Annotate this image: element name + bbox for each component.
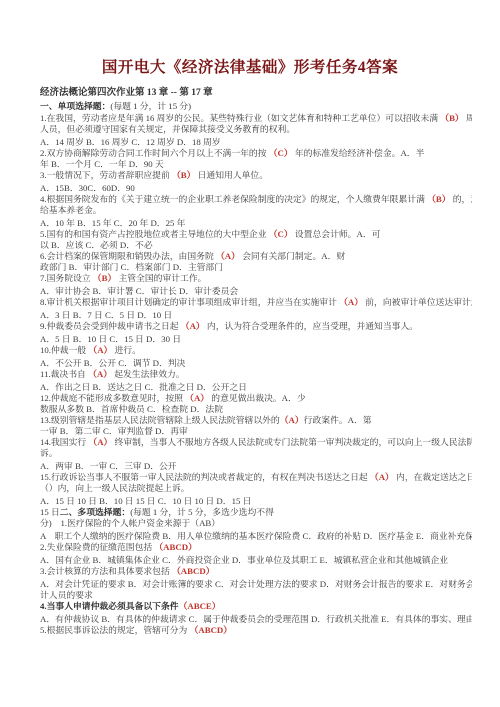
text-segment: 的意见做出裁决。A．少 [209, 393, 306, 403]
text-segment: 13.级别管辖是指基层人民法院管辖除上级人民法院管辖以外的 [40, 415, 280, 425]
answer-key: （A） [88, 369, 112, 379]
answer-key: （A） [280, 415, 304, 425]
continuation-line: 计人员的要求 [40, 590, 472, 601]
continuation-line: 政部门 B．审计部门 C．档案部门 D．主管部门 [40, 262, 472, 273]
text-segment: 的，退休后按月发 [451, 194, 472, 204]
options-line: A．14 周岁 B．16 周岁 C．12 周岁 D．18 周岁 [40, 137, 472, 148]
question-line: 7.国务院设立 （B） 主管全国的审计工作。 [40, 273, 472, 284]
options-line: A．有仲裁协议 B．有具体的仲裁请求 C．属于仲裁委员会的受理范围 D．行政机关… [40, 614, 472, 625]
text-segment: 以 B．应该 C．必须 D．不必 [40, 240, 153, 250]
options-line: A．15B．30C．60D．90 [40, 183, 472, 194]
question-line: 1.在我国，劳动者应是年满 16 周岁的公民。某些特殊行业（如文艺体育和特种工艺… [40, 113, 472, 124]
question-line: 2.双方协商解除劳动合同工作时间六个月以上不满一年的按 （C） 年的标准发给经济… [40, 148, 472, 159]
text-segment: 3.一般情况下，劳动者辞职应提前 [40, 170, 172, 180]
question-line: 2.失业保险费的征缴范围包括 （ABCD） [40, 542, 472, 553]
text-segment: 15.行政诉讼当事人不服第一审人民法院的判决或者裁定的，有权在判决书送达之日起 [40, 472, 370, 482]
text-segment: 分) 1.医疗保险的个人帐户资金来源于（AB） [40, 518, 220, 528]
text-segment: 11.裁决书自 [40, 369, 88, 379]
text-segment: 给基本养老金。 [40, 205, 102, 215]
question-line: 6.会计档案的保管期限和销毁办法，由国务院 （A） 会同有关部门制定。A．财 [40, 251, 472, 262]
question-line: 15 日二、多项选择题：(每题 1 分，计 5 分，多选少选均不得 [40, 507, 472, 518]
answer-key: （A） [370, 472, 394, 482]
question-line: 3.会计核算的方法和具体要求包括 （ABCD） [40, 566, 472, 577]
options-line: A．10 年 B．15 年 C．20 年 D．25 年 [40, 218, 472, 229]
question-line: 9.仲裁委员会受到仲裁申请书之日起 （A） 内，认为符合受理条件的，应当受理，并… [40, 321, 472, 332]
options-line: A 职工个人缴纳的医疗保险费 B．用人单位缴纳的基本医疗保险费 C．政府的补贴 … [40, 531, 472, 542]
text-segment: 年 B．一个月 C．一年 D．90 天 [40, 159, 164, 169]
question-line: 10.仲裁一般 （A） 进行。 [40, 345, 472, 356]
text-segment: A 职工个人缴纳的医疗保险费 B．用人单位缴纳的基本医疗保险费 C．政府的补贴 … [40, 531, 472, 541]
text-segment: 诉。 [40, 448, 58, 458]
text-segment: 3.会计核算的方法和具体要求包括 [40, 566, 172, 576]
question-line: 11.裁决书自 （A） 起发生法律效力。 [40, 369, 472, 380]
text-segment: 1.在我国，劳动者应是年满 16 周岁的公民。某些特殊行业（如文艺体育和特种工艺… [40, 113, 440, 123]
answer-key: （A） [88, 345, 112, 355]
text-segment: 一审 B．第二审 C．审判监督 D．再审 [40, 426, 188, 436]
text-segment: 一、单项选择题： [40, 101, 110, 111]
text-segment: 9.仲裁委员会受到仲裁申请书之日起 [40, 321, 181, 331]
text-segment: 5.国有的和国有资产占控股地位或者主导地位的大中型企业 [40, 229, 269, 239]
text-segment: 二、多项选择题： [60, 507, 130, 517]
text-segment: （）内，向上一级人民法院提起上诉。 [40, 483, 190, 493]
text-segment: 人员，但必须遵守国家有关规定，并保障其接受义务教育的权利。 [40, 124, 295, 134]
text-segment: 6.会计档案的保管期限和销毁办法，由国务院 [40, 251, 216, 261]
continuation-line: （）内，向上一级人民法院提起上诉。 [40, 483, 472, 494]
continuation-line: 年 B．一个月 C．一年 D．90 天 [40, 159, 472, 170]
answer-key: （ABCE） [179, 601, 221, 611]
text-segment: A．国有企业 B．城镇集体企业 C．外商投资企业 D．事业单位及其职工 E．城镇… [40, 555, 448, 565]
text-segment: A．5 日 B．10 日 C．15 日 D．30 日 [40, 334, 181, 344]
page-title: 国开电大《经济法律基础》形考任务4答案 [0, 0, 500, 77]
text-segment: 日通知用人单位。 [195, 170, 268, 180]
continuation-line: 一审 B．第二审 C．审判监督 D．再审 [40, 426, 472, 437]
question-line: 14.我国实行 （A） 终审制，当事人不服地方各级人民法院或专门法院第一审判决裁… [40, 437, 472, 448]
text-segment: 计人员的要求 [40, 590, 93, 600]
text-segment: 2.双方协商解除劳动合同工作时间六个月以上不满一年的按 [40, 148, 269, 158]
options-line: A．3 日 B．7 日 C．5 日 D．10 日 [40, 310, 472, 321]
options-line: A．作出之日 B．送达之日 C．批准之日 D．公开之日 [40, 382, 472, 393]
text-segment: 14.我国实行 [40, 437, 88, 447]
options-line: A．5 日 B．10 日 C．15 日 D．30 日 [40, 334, 472, 345]
answer-key: （A） [88, 437, 112, 447]
question-line: 4.根据国务院发布的《关于建立统一的企业职工养老保险制度的决定》的规定，个人缴费… [40, 194, 472, 205]
text-segment: A．有仲裁协议 B．有具体的仲裁请求 C．属于仲裁委员会的受理范围 D．行政机关… [40, 614, 472, 624]
text-segment: 终审制，当事人不服地方各级人民法院或专门法院第一审判决裁定的，可以向上一级人民法… [112, 437, 472, 447]
text-segment: A．10 年 B．15 年 C．20 年 D．25 年 [40, 218, 185, 228]
answer-key: （B） [93, 273, 116, 283]
text-segment: 7.国务院设立 [40, 273, 93, 283]
question-line: 3.一般情况下，劳动者辞职应提前 （B） 日通知用人单位。 [40, 170, 472, 181]
document-page: 国开电大《经济法律基础》形考任务4答案 经济法概论第四次作业第 13 章 -- … [0, 0, 500, 707]
continuation-line: 给基本养老金。 [40, 205, 472, 216]
answer-key: （ABCD） [154, 542, 197, 552]
answer-key: （A） [181, 321, 205, 331]
continuation-line: 诉。 [40, 448, 472, 459]
text-segment: 年的标准发给经济补偿金。A．半 [293, 148, 425, 158]
answer-key: （ABCD） [190, 625, 233, 635]
options-line: A．两审 B．一审 C．三审 D．公开 [40, 461, 472, 472]
answer-key: （C） [269, 229, 293, 239]
text-segment: 前，向被审计单位送达审计通知书。 [363, 297, 472, 307]
answer-key: （A） [185, 393, 209, 403]
text-segment: 8.审计机关根据审计项目计划确定的审计事项组成审计组，并应当在实施审计 [40, 297, 339, 307]
text-segment: A．15B．30C．60D．90 [40, 183, 135, 193]
text-segment: 2.失业保险费的征缴范围包括 [40, 542, 154, 552]
text-segment: 4.当事人申请仲裁必须具备以下条件 [40, 601, 179, 611]
text-segment: 内，在裁定送达之日起 [394, 472, 472, 482]
text-segment: 周岁的 [464, 113, 472, 123]
text-segment: 设置总会计师。A．可 [293, 229, 381, 239]
text-segment: 12.仲裁庭不能形成多数意见时，按照 [40, 393, 185, 403]
text-segment: (每题 1 分，计 15 分) [110, 101, 191, 111]
text-segment: 主管全国的审计工作。 [116, 273, 206, 283]
answer-key: （C） [269, 148, 293, 158]
text-segment: 政部门 B．审计部门 C．档案部门 D．主管部门 [40, 262, 223, 272]
continuation-line: 数服从多数 B．首席仲裁员 C．检查院 D．法院 [40, 404, 472, 415]
text-segment: A．两审 B．一审 C．三审 D．公开 [40, 461, 177, 471]
text-segment: 15 日 [40, 507, 60, 517]
question-line: 4.当事人申请仲裁必须具备以下条件（ABCE） [40, 601, 472, 612]
question-line: 8.审计机关根据审计项目计划确定的审计事项组成审计组，并应当在实施审计 （A） … [40, 297, 472, 308]
answer-key: （A） [216, 251, 240, 261]
options-line: A．审计协会 B．审计署 C．审计长 D．审计委员会 [40, 286, 472, 297]
continuation-line: 人员，但必须遵守国家有关规定，并保障其接受义务教育的权利。 [40, 124, 472, 135]
text-segment: 进行。 [112, 345, 141, 355]
document-body: 一、单项选择题：(每题 1 分，计 15 分)1.在我国，劳动者应是年满 16 … [40, 101, 472, 636]
answer-key: （ABCD） [172, 566, 215, 576]
continuation-line: 分) 1.医疗保险的个人帐户资金来源于（AB） [40, 518, 472, 529]
options-line: A．对会计凭证的要求 B．对会计账簿的要求 C．对会计处理方法的要求 D．对财务… [40, 579, 472, 590]
text-segment: 数服从多数 B．首席仲裁员 C．检查院 D．法院 [40, 404, 223, 414]
options-line: A．国有企业 B．城镇集体企业 C．外商投资企业 D．事业单位及其职工 E．城镇… [40, 555, 472, 566]
continuation-line: 以 B．应该 C．必须 D．不必 [40, 240, 472, 251]
options-line: A．15 日 10 日 B．10 日 15 日 C．10 日 10 日 D．15… [40, 496, 472, 507]
question-line: 5.根据民事诉讼法的规定，管辖可分为 （ABCD） [40, 625, 472, 636]
text-segment: (每题 1 分，计 5 分，多选少选均不得 [130, 507, 274, 517]
text-segment: A．14 周岁 B．16 周岁 C．12 周岁 D．18 周岁 [40, 137, 221, 147]
text-segment: 4.根据国务院发布的《关于建立统一的企业职工养老保险制度的决定》的规定，个人缴费… [40, 194, 427, 204]
text-segment: 起发生法律效力。 [112, 369, 185, 379]
question-line: 13.级别管辖是指基层人民法院管辖除上级人民法院管辖以外的（A）行政案件。A．第 [40, 415, 472, 426]
text-segment: 会同有关部门制定。A．财 [240, 251, 345, 261]
question-line: 12.仲裁庭不能形成多数意见时，按照 （A） 的意见做出裁决。A．少 [40, 393, 472, 404]
text-segment: 10.仲裁一般 [40, 345, 88, 355]
text-segment: A．不公开 B．公开 C．调节 D．判决 [40, 358, 185, 368]
text-segment: A．作出之日 B．送达之日 C．批准之日 D．公开之日 [40, 382, 247, 392]
answer-key: （B） [427, 194, 450, 204]
text-segment: A．对会计凭证的要求 B．对会计账簿的要求 C．对会计处理方法的要求 D．对财务… [40, 579, 472, 589]
text-segment: 5.根据民事诉讼法的规定，管辖可分为 [40, 625, 190, 635]
text-segment: 内，认为符合受理条件的，应当受理，并通知当事人。 [205, 321, 418, 331]
question-line: 5.国有的和国有资产占控股地位或者主导地位的大中型企业 （C） 设置总会计师。A… [40, 229, 472, 240]
text-segment: 行政案件。A．第 [304, 415, 372, 425]
text-segment: A．15 日 10 日 B．10 日 15 日 C．10 日 10 日 D．15… [40, 496, 251, 506]
answer-key: （B） [172, 170, 195, 180]
question-line: 15.行政诉讼当事人不服第一审人民法院的判决或者裁定的，有权在判决书送达之日起 … [40, 472, 472, 483]
text-segment: A．审计协会 B．审计署 C．审计长 D．审计委员会 [40, 286, 238, 296]
section-heading: 一、单项选择题：(每题 1 分，计 15 分) [40, 101, 472, 112]
page-subtitle: 经济法概论第四次作业第 13 章 -- 第 17 章 [40, 84, 470, 98]
answer-key: （A） [339, 297, 363, 307]
options-line: A．不公开 B．公开 C．调节 D．判决 [40, 358, 472, 369]
text-segment: A．3 日 B．7 日 C．5 日 D．10 日 [40, 310, 172, 320]
answer-key: （B） [440, 113, 463, 123]
